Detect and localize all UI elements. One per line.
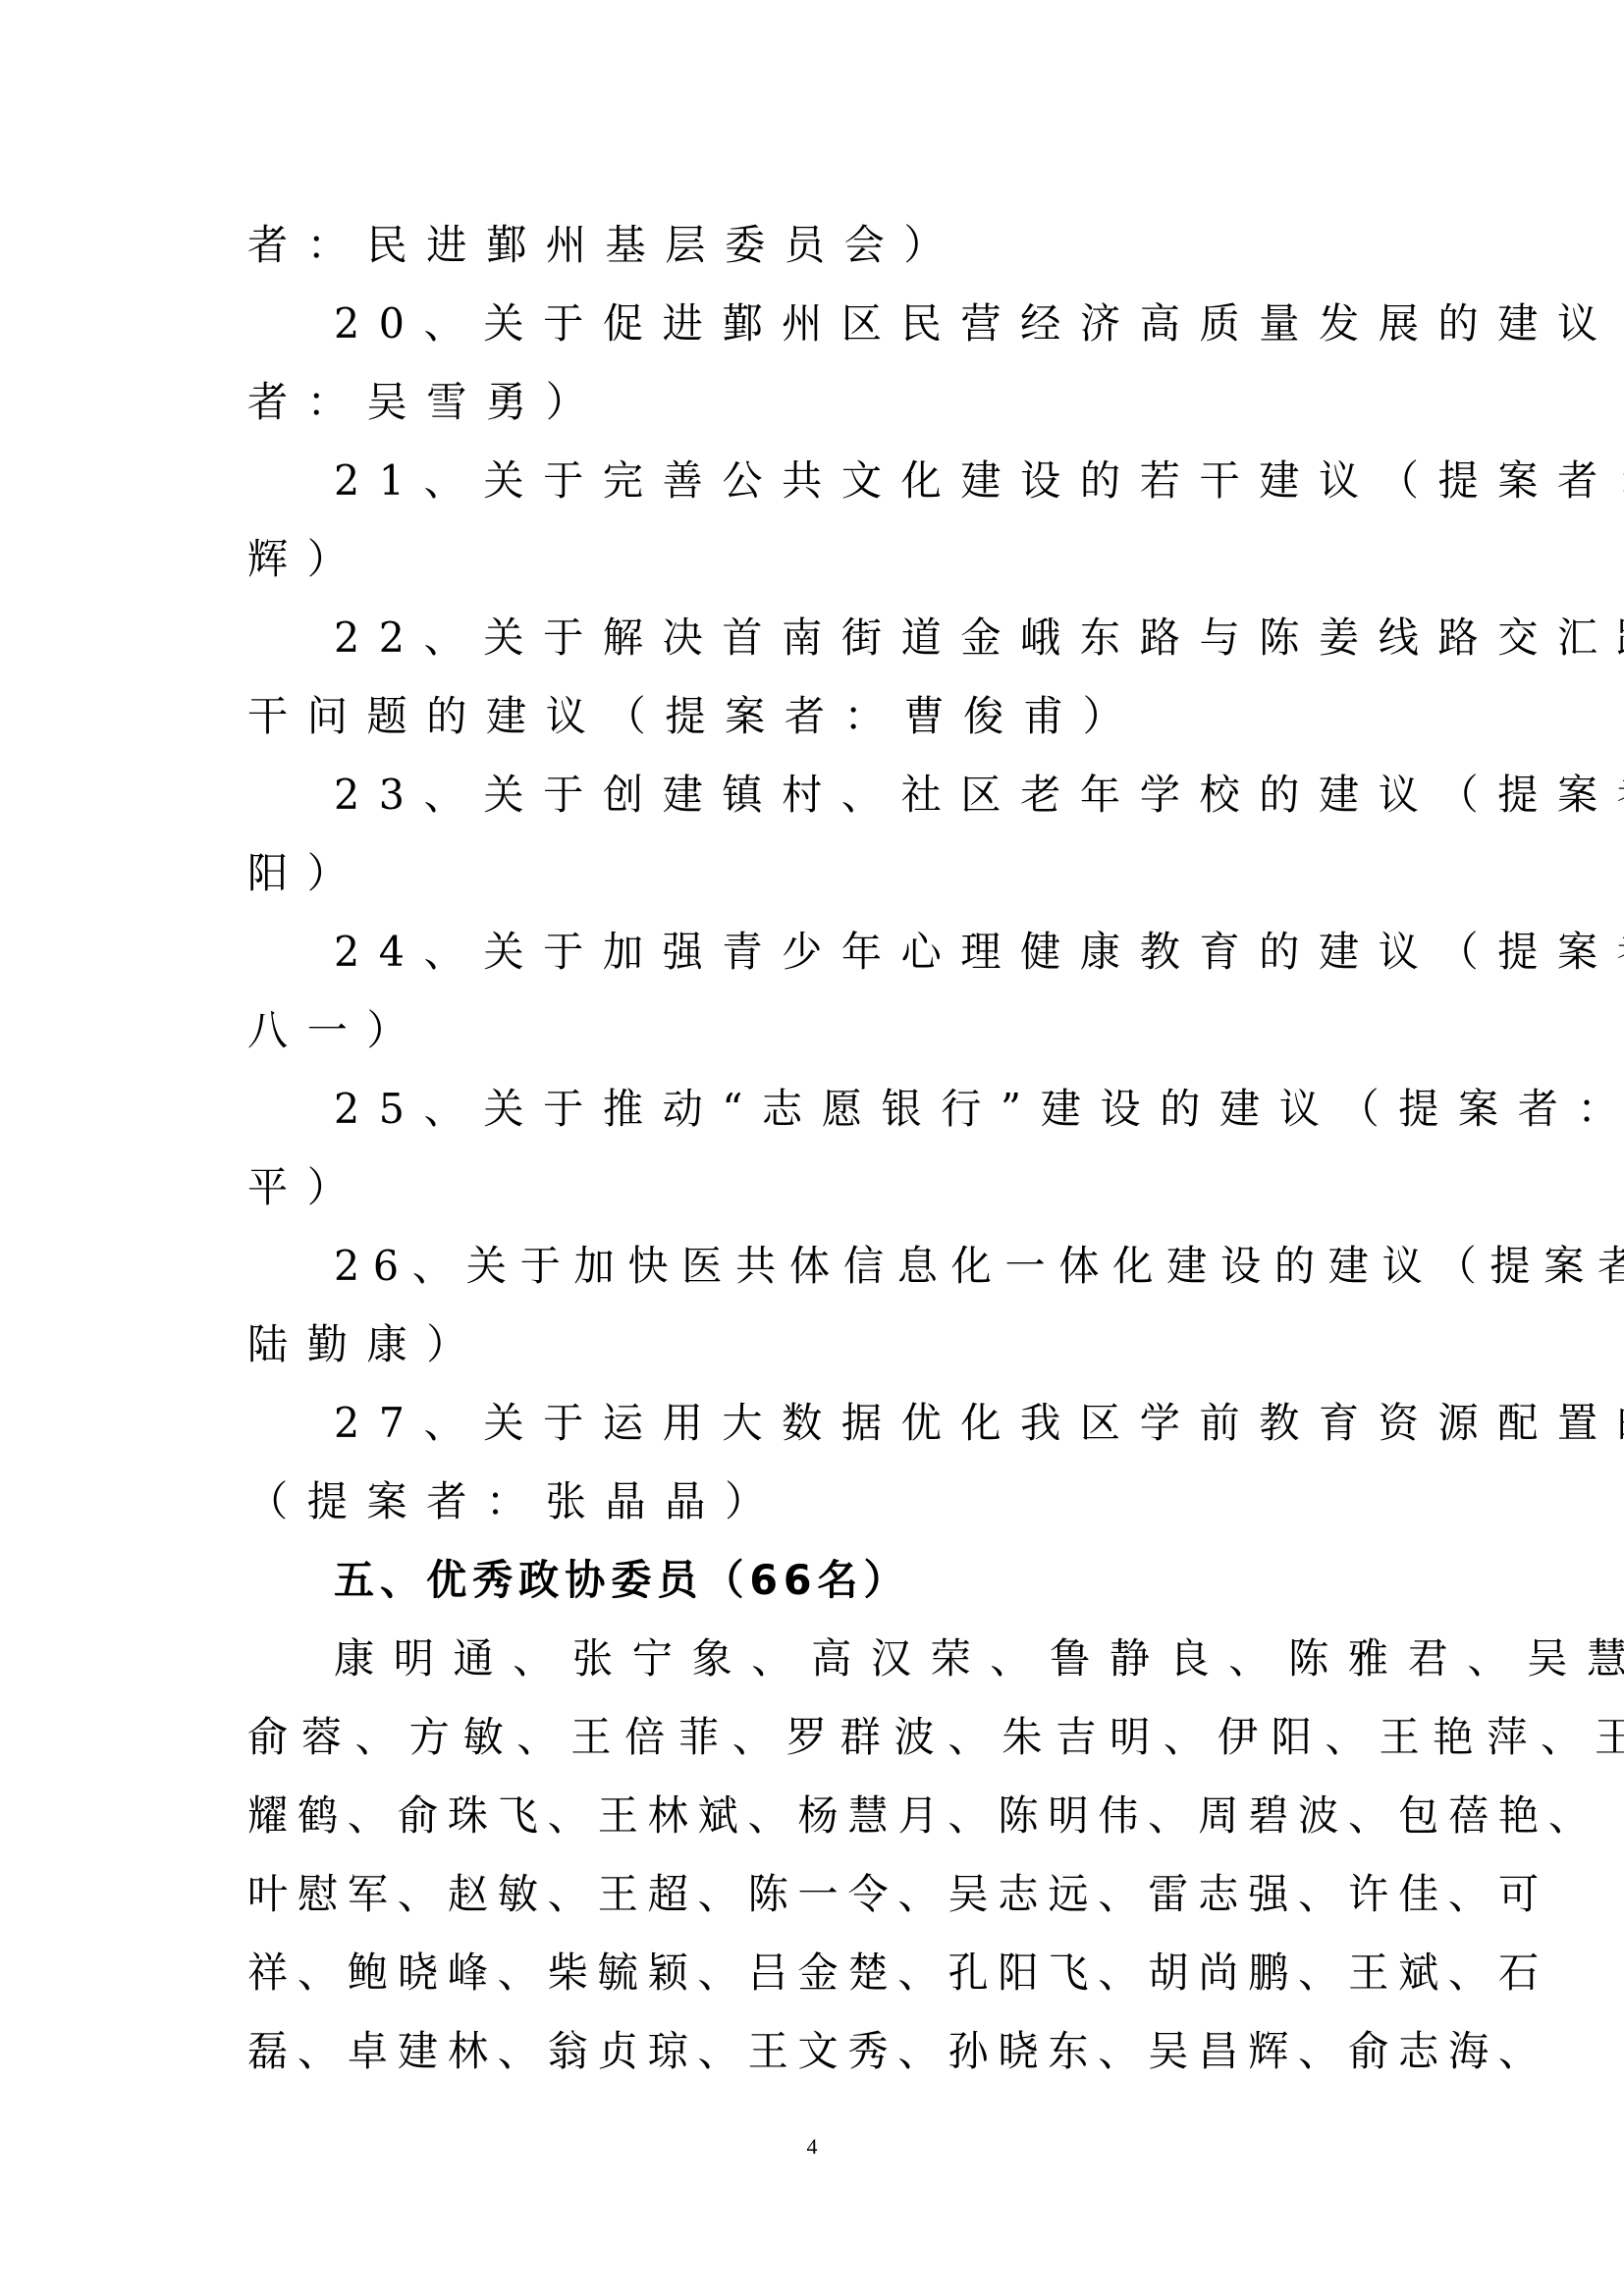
member-list-line: 康明通、张宁象、高汉荣、鲁静良、陈雅君、吴慧明、 <box>334 1629 1450 1688</box>
proposal-item-20: 20、关于促进鄞州区民营经济高质量发展的建议（提案 <box>334 294 1450 353</box>
proposal-item-21: 21、关于完善公共文化建设的若干建议（提案者：周鸿 <box>334 452 1450 510</box>
member-list-line: 耀鹤、俞珠飞、王林斌、杨慧月、陈明伟、周碧波、包蓓艳、 <box>247 1787 1364 1845</box>
proposal-item-27: 27、关于运用大数据优化我区学前教育资源配置的建议 <box>334 1394 1450 1453</box>
text-line: 者：吴雪勇） <box>247 373 1364 432</box>
proposal-item-24: 24、关于加强青少年心理健康教育的建议（提案者：乐 <box>334 923 1450 982</box>
text-line: （提案者：张晶晶） <box>247 1472 1364 1531</box>
text-line: 八一） <box>247 1001 1364 1060</box>
member-list-line: 俞蓉、方敏、王倍菲、罗群波、朱吉明、伊阳、王艳萍、王 <box>247 1708 1364 1767</box>
member-list-line: 磊、卓建林、翁贞琼、王文秀、孙晓东、吴昌辉、俞志海、 <box>247 2022 1364 2081</box>
text-line: 陆勤康） <box>247 1315 1364 1374</box>
text-line: 辉） <box>247 530 1364 589</box>
proposal-item-26: 26、关于加快医共体信息化一体化建设的建议（提案者： <box>334 1237 1450 1296</box>
proposal-item-22: 22、关于解决首南街道金峨东路与陈姜线路交汇路段若 <box>334 609 1450 667</box>
member-list-line: 叶慰军、赵敏、王超、陈一令、吴志远、雷志强、许佳、可 <box>247 1865 1364 1924</box>
text-line: 者：民进鄞州基层委员会） <box>247 216 1364 275</box>
text-line: 阳） <box>247 844 1364 903</box>
page-number: 4 <box>0 2132 1624 2162</box>
member-list-line: 祥、鲍晓峰、柴毓颖、吕金楚、孔阳飞、胡尚鹏、王斌、石 <box>247 1944 1364 2002</box>
section-heading: 五、优秀政协委员（66名） <box>334 1551 1450 1610</box>
document-page: 者：民进鄞州基层委员会） 20、关于促进鄞州区民营经济高质量发展的建议（提案 者… <box>0 0 1624 2296</box>
text-line: 干问题的建议（提案者：曹俊甫） <box>247 687 1364 746</box>
text-line: 平） <box>247 1158 1364 1217</box>
proposal-item-25: 25、关于推动“志愿银行”建设的建议（提案者：毛建 <box>334 1080 1450 1139</box>
proposal-item-23: 23、关于创建镇村、社区老年学校的建议（提案者：伊 <box>334 766 1450 825</box>
